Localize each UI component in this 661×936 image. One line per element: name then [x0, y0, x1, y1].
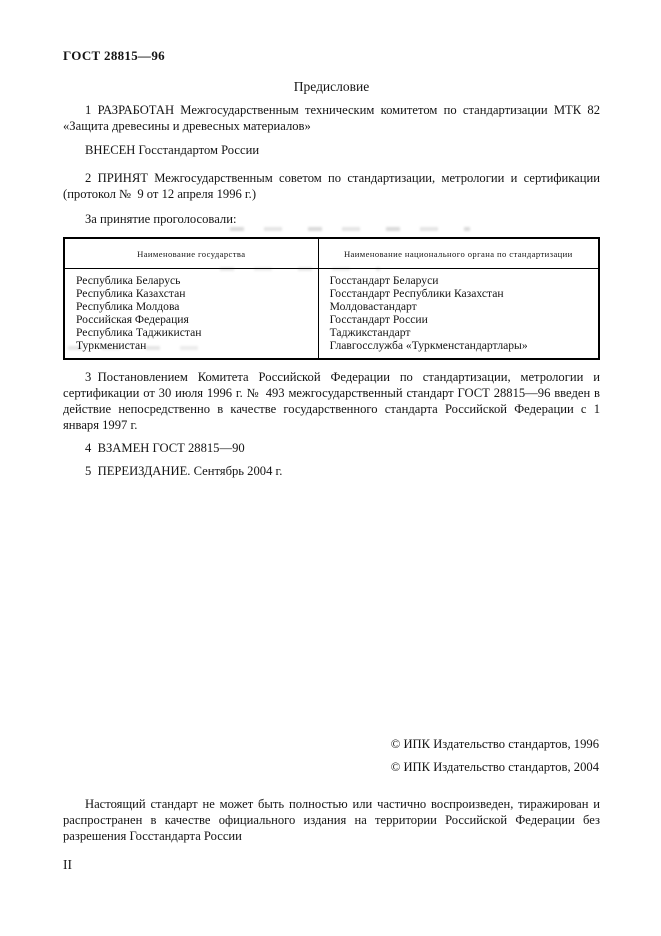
preface-item-5: 5 ПЕРЕИЗДАНИЕ. Сентябрь 2004 г.: [63, 463, 600, 479]
table-cell-body: Молдовастандарт: [318, 300, 599, 313]
vote-table-header-body: Наименование национального органа по ста…: [318, 238, 599, 269]
preface-item-2: 2 ПРИНЯТ Межгосударственным советом по с…: [63, 170, 600, 202]
vote-table-header: Наименование государства Наименование на…: [64, 238, 599, 269]
vote-table: Наименование государства Наименование на…: [63, 237, 600, 360]
table-row: Российская Федерация Госстандарт России: [64, 313, 599, 326]
table-cell-state: Республика Молдова: [64, 300, 318, 313]
vote-table-header-state: Наименование государства: [64, 238, 318, 269]
table-cell-state: Российская Федерация: [64, 313, 318, 326]
table-cell-body: Таджикстандарт: [318, 326, 599, 339]
copyright-line-2004: © ИПК Издательство стандартов, 2004: [63, 756, 599, 779]
scan-artifact: [230, 227, 470, 231]
preface-item-1-sub: ВНЕСЕН Госстандартом России: [63, 142, 600, 158]
table-cell-state: Республика Казахстан: [64, 287, 318, 300]
scan-artifact: [220, 267, 380, 271]
copyright-block: © ИПК Издательство стандартов, 1996 © ИП…: [63, 733, 600, 779]
document-page: ГОСТ 28815—96 Предисловие 1 РАЗРАБОТАН М…: [63, 48, 600, 873]
table-row: Республика Беларусь Госстандарт Беларуси: [64, 269, 599, 288]
copyright-line-1996: © ИПК Издательство стандартов, 1996: [63, 733, 599, 756]
table-cell-body: Госстандарт Беларуси: [318, 269, 599, 288]
table-row: Республика Таджикистан Таджикстандарт: [64, 326, 599, 339]
doc-code: ГОСТ 28815—96: [63, 48, 600, 64]
table-cell-state: Республика Таджикистан: [64, 326, 318, 339]
reproduction-notice: Настоящий стандарт не может быть полност…: [63, 796, 600, 844]
table-row: Республика Молдова Молдовастандарт: [64, 300, 599, 313]
blank-gap: [63, 479, 600, 733]
table-cell-body: Главгосслужба «Туркменстандартлары»: [318, 339, 599, 359]
page-title: Предисловие: [63, 78, 600, 95]
table-row: Республика Казахстан Госстандарт Республ…: [64, 287, 599, 300]
table-cell-state: Республика Беларусь: [64, 269, 318, 288]
table-cell-body: Госстандарт Республики Казахстан: [318, 287, 599, 300]
preface-item-1: 1 РАЗРАБОТАН Межгосударственным техничес…: [63, 102, 600, 134]
scan-artifact: [68, 346, 218, 350]
preface-item-4: 4 ВЗАМЕН ГОСТ 28815—90: [63, 440, 600, 456]
vote-intro: За принятие проголосовали:: [63, 211, 600, 227]
page-number: II: [63, 857, 600, 873]
preface-item-3: 3 Постановлением Комитета Российской Фед…: [63, 369, 600, 433]
table-cell-body: Госстандарт России: [318, 313, 599, 326]
